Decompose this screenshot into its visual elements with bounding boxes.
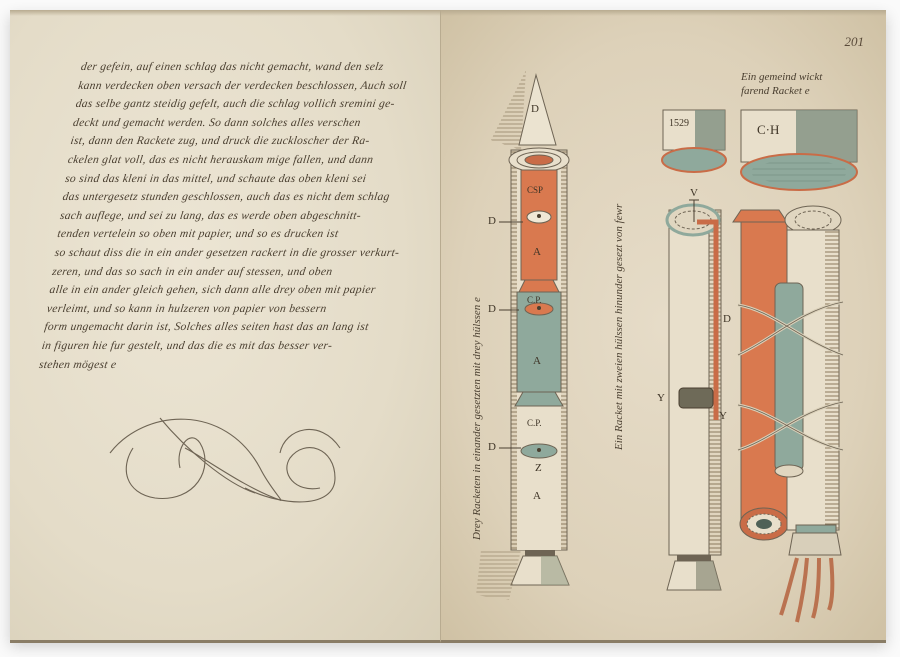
text-line: das untergesetz stunden geschlossen, auc… <box>61 188 414 207</box>
diagram-label: D <box>488 215 496 227</box>
text-line: kann verdecken oben versach der verdecke… <box>77 77 430 96</box>
handwritten-text-block: der gefein, auf einen schlag das nicht g… <box>38 58 432 374</box>
diagram-label: D <box>723 313 731 325</box>
text-line: stehen mögest e <box>38 356 391 375</box>
right-page: 201 Ein gemeind wickt farend Racket e Dr… <box>441 10 886 643</box>
text-line: in figuren hie fur gestelt, und das die … <box>40 337 393 356</box>
open-manuscript-book: der gefein, auf einen schlag das nicht g… <box>10 10 886 640</box>
pen-flourish-icon <box>105 408 365 518</box>
text-line: so sind das kleni in das mittel, und sch… <box>64 170 417 189</box>
diagram-label: A <box>533 490 541 502</box>
diagram-label: V <box>690 187 698 199</box>
text-line: alle in ein ander gleich gehen, sich dan… <box>48 281 401 300</box>
diagram-label: Y <box>657 392 665 404</box>
diagram-label: A <box>533 355 541 367</box>
text-line: tenden vertelein so oben mit papier, und… <box>56 225 409 244</box>
diagram-label: C.P. <box>527 418 542 428</box>
text-line: der gefein, auf einen schlag das nicht g… <box>80 58 433 77</box>
rocket-illustrations <box>441 10 886 640</box>
text-line: verleimt, und so kann in hulzeren von pa… <box>46 300 399 319</box>
text-line: form ungemacht darin ist, Solches alles … <box>43 318 396 337</box>
diagram-label: D <box>488 303 496 315</box>
rocket-bundle <box>733 206 843 622</box>
text-line: so schaut diss die in ein ander gesetzen… <box>53 244 406 263</box>
rocket-two-tube <box>667 200 721 590</box>
text-line: ckelen glat voll, das es nicht herauskam… <box>67 151 420 170</box>
diagram-label: Y <box>719 410 727 422</box>
rocket-three-stage <box>476 70 569 600</box>
diagram-label: A <box>533 246 541 258</box>
text-line: deckt und gemacht werden. So dann solche… <box>72 114 425 133</box>
page-edge <box>10 10 440 16</box>
case-label-large: C·H <box>757 122 779 138</box>
diagram-label: CSP <box>527 185 543 195</box>
text-line: ist, dann den Rackete zug, und druck die… <box>69 132 422 151</box>
diagram-label: C.P. <box>527 295 542 305</box>
left-page: der gefein, auf einen schlag das nicht g… <box>10 10 441 643</box>
text-line: zeren, und das so sach in ein ander auf … <box>51 263 404 282</box>
diagram-label: D <box>488 441 496 453</box>
text-line: das selbe gantz steidig gefelt, auch die… <box>74 95 427 114</box>
text-line: sach auflege, und sei zu lang, das es we… <box>59 207 412 226</box>
diagram-label: D <box>531 103 539 115</box>
case-label-small: 1529 <box>669 118 689 129</box>
diagram-label: Z <box>535 462 542 474</box>
